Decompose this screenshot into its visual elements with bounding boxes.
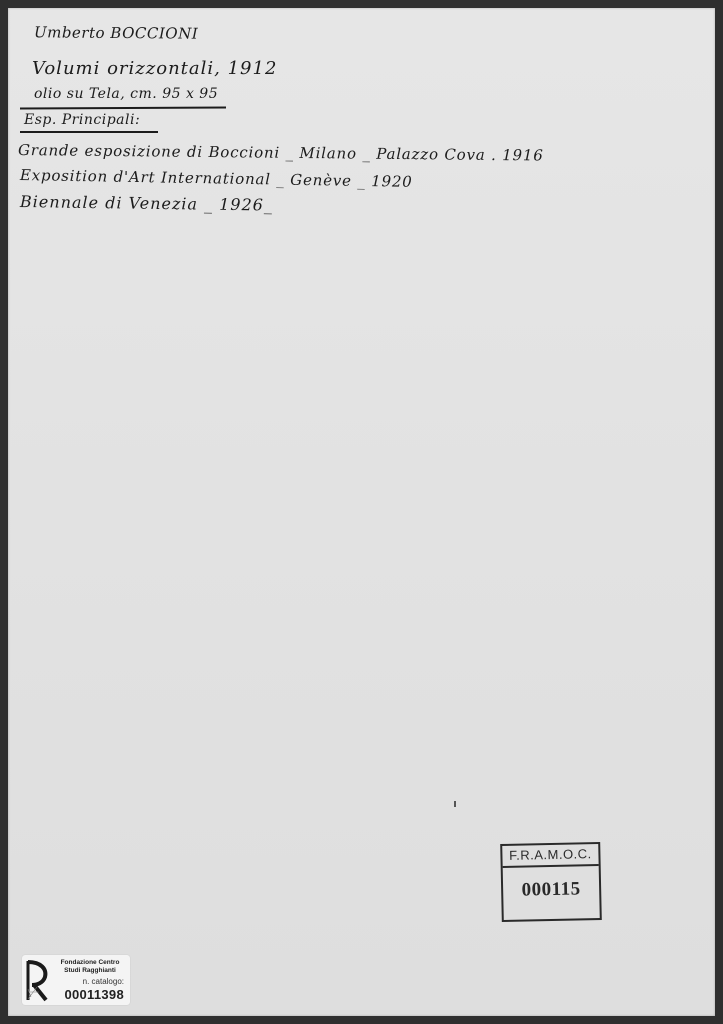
r-logo-icon (25, 959, 49, 1002)
organization-line-1: Fondazione Centro (52, 959, 128, 967)
divider-underline (20, 106, 226, 109)
artwork-medium: olio su Tela, cm. 95 x 95 (34, 86, 218, 102)
artwork-title: Volumi orizzontali, 1912 (32, 58, 277, 79)
organization-line-2: Studi Ragghianti (52, 967, 128, 975)
stamp-header: F.R.A.M.O.C. (502, 844, 598, 868)
heading-underline (20, 131, 158, 133)
framoc-stamp: F.R.A.M.O.C. 000115 (500, 842, 602, 922)
ink-speck (454, 801, 456, 807)
catalog-card: Umberto BOCCIONI Volumi orizzontali, 191… (8, 8, 715, 1016)
artist-name: Umberto BOCCIONI (34, 23, 198, 42)
exhibitions-heading: Esp. Principali: (24, 112, 140, 128)
catalog-number: 00011398 (64, 987, 124, 1002)
exhibition-entry: Biennale di Venezia _ 1926_ (20, 192, 273, 215)
exhibition-entry: Grande esposizione di Boccioni _ Milano … (18, 141, 544, 165)
exhibition-entry: Exposition d'Art International _ Genève … (20, 166, 413, 191)
stamp-number: 000115 (503, 866, 600, 914)
organization-name: Fondazione Centro Studi Ragghianti (52, 959, 128, 975)
catalog-number-label: n. catalogo: (83, 977, 124, 986)
archive-label: Fondazione Centro Studi Ragghianti n. ca… (22, 955, 130, 1005)
